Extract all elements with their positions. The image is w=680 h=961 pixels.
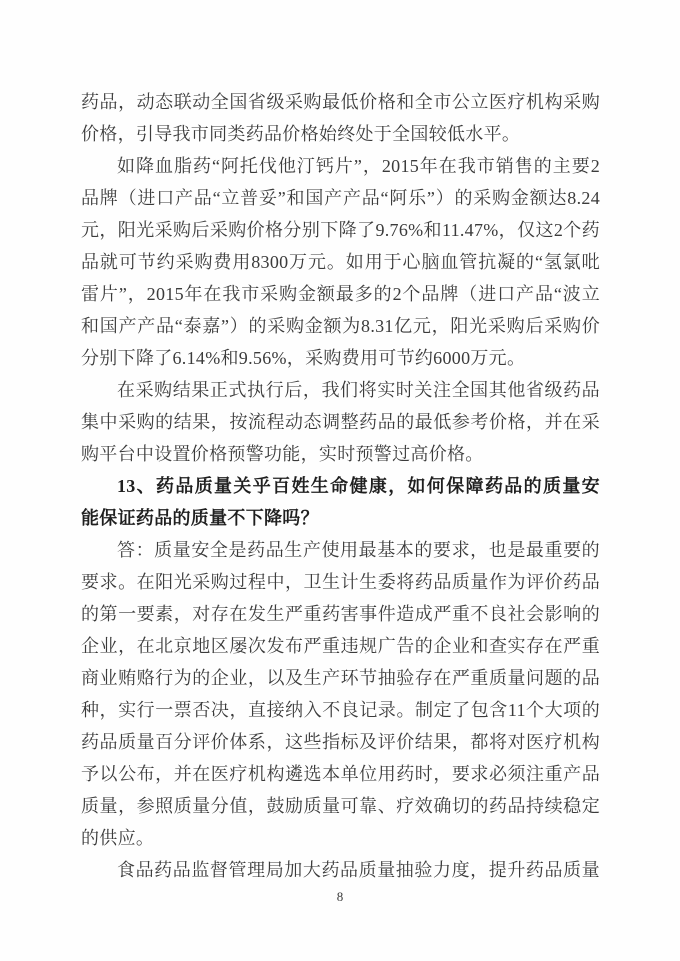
body-text-line: 购平台中设置价格预警功能，实时预警过高价格。 [81,438,600,470]
body-text-line: 企业，在北京地区屡次发布严重违规广告的企业和查实存在严重 [81,630,600,662]
body-text-line: 药品质量百分评价体系，这些指标及评价结果，都将对医疗机构 [81,726,600,758]
body-text-line: 品牌（进口产品“立普妥”和国产产品“阿乐”）的采购金额达8.24亿 [81,182,600,214]
body-text-line: 予以公布，并在医疗机构遴选本单位用药时，要求必须注重产品 [81,758,600,790]
question-heading-line: 13、药品质量关乎百姓生命健康，如何保障药品的质量安全？ [81,470,600,502]
body-text-line: 的第一要素，对存在发生严重药害事件造成严重不良社会影响的 [81,598,600,630]
body-text-line: 药品，动态联动全国省级采购最低价格和全市公立医疗机构采购 [81,86,600,118]
body-text-line: 在采购结果正式执行后，我们将实时关注全国其他省级药品 [81,374,600,406]
body-text-line: 答：质量安全是药品生产使用最基本的要求，也是最重要的 [81,534,600,566]
question-heading-line: 能保证药品的质量不下降吗？ [81,502,600,534]
body-text-line: 商业贿赂行为的企业，以及生产环节抽验存在严重质量问题的品 [81,662,600,694]
body-text-line: 质量，参照质量分值，鼓励质量可靠、疗效确切的药品持续稳定 [81,790,600,822]
body-text-line: 种，实行一票否决，直接纳入不良记录。制定了包含11个大项的 [81,694,600,726]
body-text-line: 和国产产品“泰嘉”）的采购金额为8.31亿元，阳光采购后采购价格 [81,310,600,342]
body-text-line: 品就可节约采购费用8300万元。如用于心脑血管抗凝的“氢氯吡格 [81,246,600,278]
body-text-line: 元，阳光采购后采购价格分别下降了9.76%和11.47%，仅这2个药 [81,214,600,246]
body-text-line: 食品药品监督管理局加大药品质量抽验力度，提升药品质量 [81,854,600,886]
body-text-line: 要求。在阳光采购过程中，卫生计生委将药品质量作为评价药品 [81,566,600,598]
page-number: 8 [0,888,680,906]
body-text-line: 分别下降了6.14%和9.56%，采购费用可节约6000万元。 [81,342,600,374]
body-text-line: 的供应。 [81,822,600,854]
document-page: 药品，动态联动全国省级采购最低价格和全市公立医疗机构采购价格，引导我市同类药品价… [0,0,680,961]
body-text-line: 集中采购的结果，按流程动态调整药品的最低参考价格，并在采 [81,406,600,438]
document-text-block: 药品，动态联动全国省级采购最低价格和全市公立医疗机构采购价格，引导我市同类药品价… [81,86,600,886]
body-text-line: 如降血脂药“阿托伐他汀钙片”，2015年在我市销售的主要2个 [81,150,600,182]
body-text-line: 雷片”，2015年在我市采购金额最多的2个品牌（进口产品“波立维” [81,278,600,310]
body-text-line: 价格，引导我市同类药品价格始终处于全国较低水平。 [81,118,600,150]
